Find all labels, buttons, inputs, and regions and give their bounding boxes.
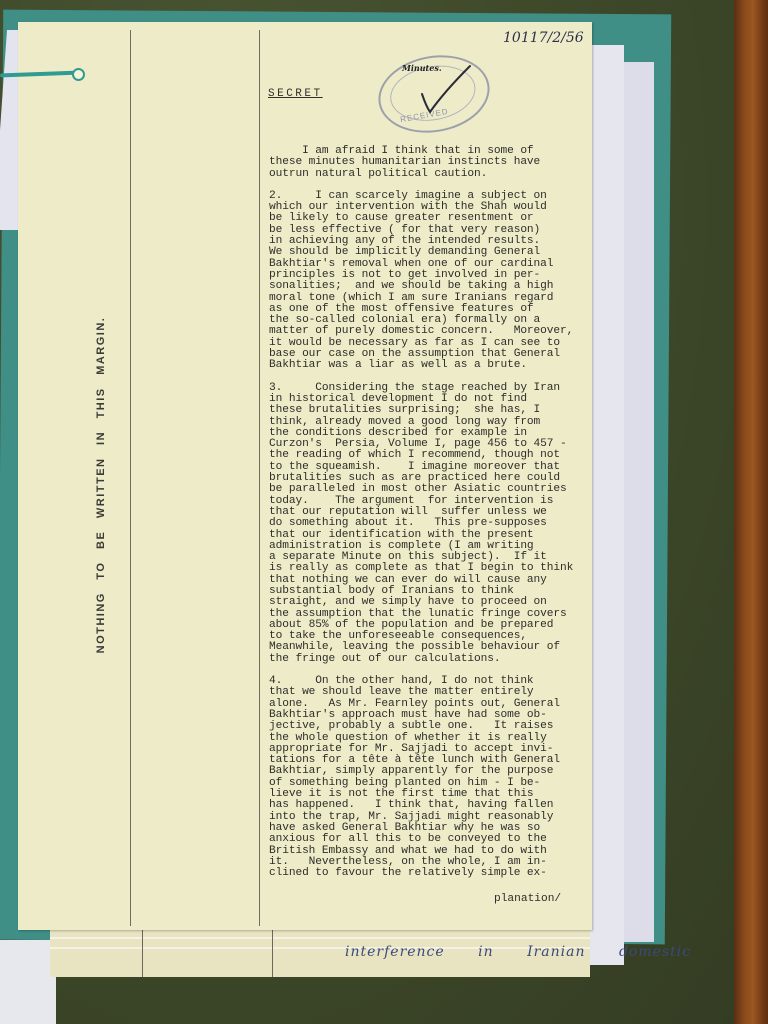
continuation-word: planation/ (494, 893, 561, 905)
paragraph: 4. On the other hand, I do not think tha… (269, 676, 599, 879)
margin-rule (142, 925, 143, 977)
margin-rule-right (259, 30, 260, 926)
paragraph: 3. Considering the stage reached by Iran… (269, 383, 599, 665)
margin-rule (272, 925, 273, 977)
tick-icon (418, 62, 474, 118)
margin-warning: NOTHING TO BE WRITTEN IN THIS MARGIN. (95, 317, 107, 654)
paragraph: I am afraid I think that in some of thes… (269, 146, 599, 180)
classification-marking: SECRET (268, 88, 323, 100)
minute-body: I am afraid I think that in some of thes… (269, 146, 599, 890)
left-bottom-sheet (0, 940, 56, 1024)
paragraph: 2. I can scarcely imagine a subject on w… (269, 191, 599, 372)
wooden-edge (734, 0, 768, 1024)
sheet-edge (50, 937, 590, 939)
margin-rule-left (130, 30, 131, 926)
punch-hole (72, 68, 85, 81)
underlying-handwriting: interference in Iranian domestic (345, 944, 691, 960)
file-reference-number: 10117/2/56 (503, 30, 584, 46)
